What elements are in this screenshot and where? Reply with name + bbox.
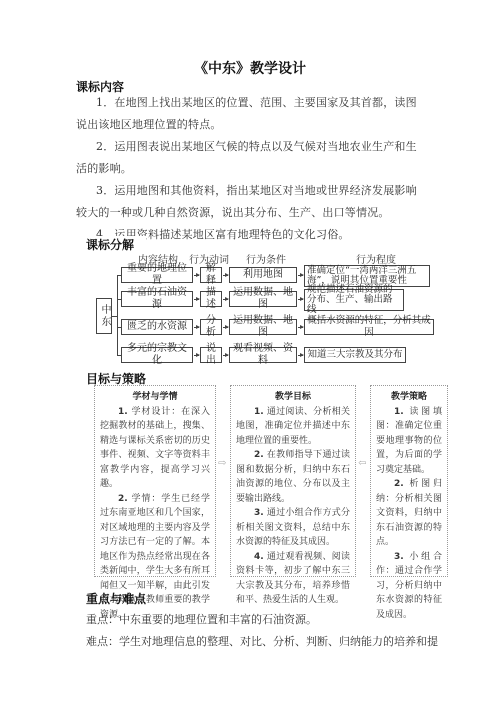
root-node-middle-east: 中东 xyxy=(96,298,112,334)
objective-item-4: 4. 通过观看视频、阅读资料卡等，初步了解中东三大宗教及其分布，培养珍惜和平、热… xyxy=(236,550,350,608)
standard-item-3: 3．运用地图和其他资料，指出某地区对当地或世界经济发展影响较大的一种或几种自然资… xyxy=(76,180,424,224)
standard-item-1: 1．在地图上找出某地区的位置、范围、主要国家及其首都，读图说出该地区地理位置的特… xyxy=(76,92,424,136)
box-title-materials: 学材与学情 xyxy=(100,390,210,405)
objective-item-2: 2. 在教师指导下通过读图和数据分析，归纳中东石油资源的地位、分布以及主要输出路… xyxy=(236,448,350,506)
condition-node-map: 利用地图 xyxy=(229,267,297,283)
method-item-1: 1. 读图填图：准确定位重要地理事物的位置，为后面的学习奠定基础。 xyxy=(376,405,442,478)
key-point-text: 重点：中东重要的地理位置和丰富的石油资源。 xyxy=(86,611,466,627)
degree-node-water: 概括水资源的特征，分析其成因 xyxy=(304,319,434,335)
column-header-condition: 行为条件 xyxy=(226,251,306,266)
column-header-degree: 行为程度 xyxy=(316,251,436,266)
verb-node-describe: 描述 xyxy=(200,291,222,307)
strategy-box-materials: 学材与学情 1. 学材设计：在深入挖掘教材的基础上，搜集、精选与课标关系密切的历… xyxy=(94,385,216,577)
degree-node-oil: 规范描述石油资源的分布、生产、输出路线 xyxy=(304,289,404,311)
verb-node-state: 说出 xyxy=(200,347,222,363)
content-node-religion: 多元的宗教文化 xyxy=(121,347,193,363)
method-item-2: 2. 析图归纳：分析相关图文资料，归纳中东石油资源的特点。 xyxy=(376,477,442,550)
objective-item-3: 3. 通过小组合作方式分析相关图文资料，总结中东水资源的特征及其成因。 xyxy=(236,506,350,550)
arrow-left-icon: ⇦ xyxy=(358,458,366,469)
condition-node-video: 观看视频、资料 xyxy=(229,347,297,363)
strategy-box-methods: 教学策略 1. 读图填图：准确定位重要地理事物的位置，为后面的学习奠定基础。 2… xyxy=(370,385,448,577)
content-node-oil: 丰富的石油资源 xyxy=(121,291,193,307)
condition-node-data-map-2: 运用数据、地图 xyxy=(229,319,297,335)
degree-node-religion: 知道三大宗教及其分布 xyxy=(304,347,406,363)
document-title: 《中东》教学设计 xyxy=(0,58,500,78)
content-node-location: 重要的地理位置 xyxy=(121,267,193,283)
content-node-water: 匮乏的水资源 xyxy=(121,319,193,335)
verb-node-explain: 解释 xyxy=(200,267,222,283)
section-heading-key-points: 重点与难点 xyxy=(86,590,146,607)
condition-node-data-map-1: 运用数据、地图 xyxy=(229,291,297,307)
materials-item-1: 1. 学材设计：在深入挖掘教材的基础上，搜集、精选与课标关系密切的历史事件、视频… xyxy=(100,405,210,492)
strategy-box-objectives: 教学目标 1. 通过阅读、分析相关地图，准确定位并描述中东地理位置的重要性。 2… xyxy=(230,385,356,577)
objective-item-1: 1. 通过阅读、分析相关地图，准确定位并描述中东地理位置的重要性。 xyxy=(236,405,350,449)
arrow-right-icon: ⇨ xyxy=(218,458,226,469)
standard-item-2: 2．运用图表说出某地区气候的特点以及气候对当地农业生产和生活的影响。 xyxy=(76,136,424,180)
verb-node-analyze: 分析 xyxy=(200,319,222,335)
difficult-point-text: 难点：学生对地理信息的整理、对比、分析、判断、归纳能力的培养和提 xyxy=(86,633,466,649)
box-title-objectives: 教学目标 xyxy=(236,390,350,405)
box-title-methods: 教学策略 xyxy=(376,390,442,405)
